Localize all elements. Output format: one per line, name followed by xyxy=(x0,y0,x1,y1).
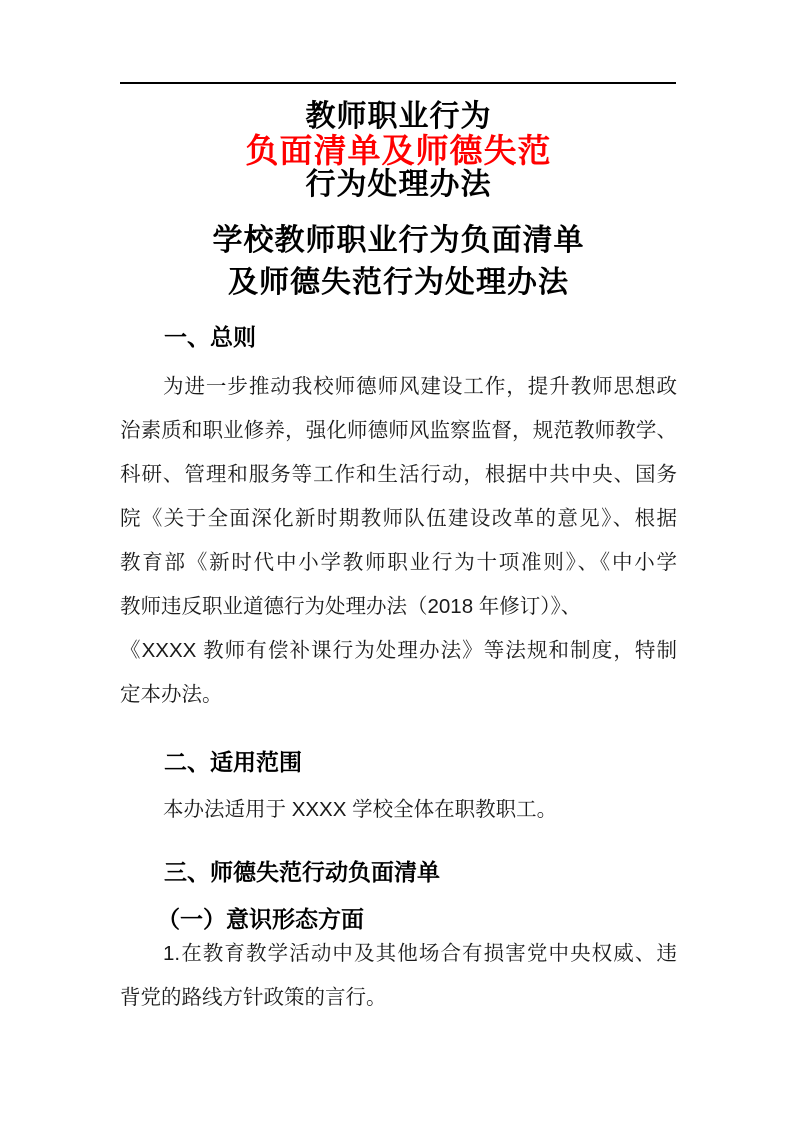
paragraph-line: 本办法适用于 XXXX 学校全体在职教职工。 xyxy=(120,788,677,832)
subtitle-line-2: 及师德失范行为处理办法 xyxy=(120,262,677,304)
section-2-heading: 二、适用范围 xyxy=(120,749,677,776)
section-1-heading: 一、总则 xyxy=(120,324,677,351)
paragraph-line: 教师违反职业道德行为处理办法（2018 年修订）》、 xyxy=(120,585,677,629)
paragraph-line: 定本办法。 xyxy=(120,673,677,717)
paragraph-line: 科研、管理和服务等工作和生活行动，根据中共中央、国务 xyxy=(120,453,677,497)
document-page: 教师职业行为 负面清单及师德失范 行为处理办法 学校教师职业行为负面清单 及师德… xyxy=(0,0,793,1122)
section-3-item-1: 1.在教育教学活动中及其他场合有损害党中央权威、违 背党的路线方针政策的言行。 xyxy=(120,932,677,1020)
paragraph-line: 《XXXX 教师有偿补课行为处理办法》等法规和制度，特制 xyxy=(120,629,677,673)
section-3-sub-1-heading: （一）意识形态方面 xyxy=(120,906,677,933)
document-subtitle: 学校教师职业行为负面清单 及师德失范行为处理办法 xyxy=(120,220,677,304)
paragraph-line: 院《关于全面深化新时期教师队伍建设改革的意见》、根据 xyxy=(120,497,677,541)
paragraph-line: 1.在教育教学活动中及其他场合有损害党中央权威、违 xyxy=(120,932,677,976)
paragraph-line: 为进一步推动我校师德师风建设工作，提升教师思想政 xyxy=(120,365,677,409)
paragraph-line: 背党的路线方针政策的言行。 xyxy=(120,976,677,1020)
header-rule xyxy=(120,82,676,84)
title-line-3: 行为处理办法 xyxy=(120,168,677,202)
paragraph-line: 治素质和职业修养，强化师德师风监察监督，规范教师教学、 xyxy=(120,409,677,453)
section-3-heading: 三、师德失范行动负面清单 xyxy=(120,859,677,886)
title-line-2-highlight: 负面清单及师德失范 xyxy=(120,134,677,168)
section-1-paragraph: 为进一步推动我校师德师风建设工作，提升教师思想政 治素质和职业修养，强化师德师风… xyxy=(120,365,677,717)
paragraph-line: 教育部《新时代中小学教师职业行为十项准则》、《中小学 xyxy=(120,541,677,585)
subtitle-line-1: 学校教师职业行为负面清单 xyxy=(120,220,677,262)
document-title: 教师职业行为 负面清单及师德失范 行为处理办法 xyxy=(120,100,677,202)
title-line-1: 教师职业行为 xyxy=(120,100,677,134)
section-2-paragraph: 本办法适用于 XXXX 学校全体在职教职工。 xyxy=(120,788,677,832)
